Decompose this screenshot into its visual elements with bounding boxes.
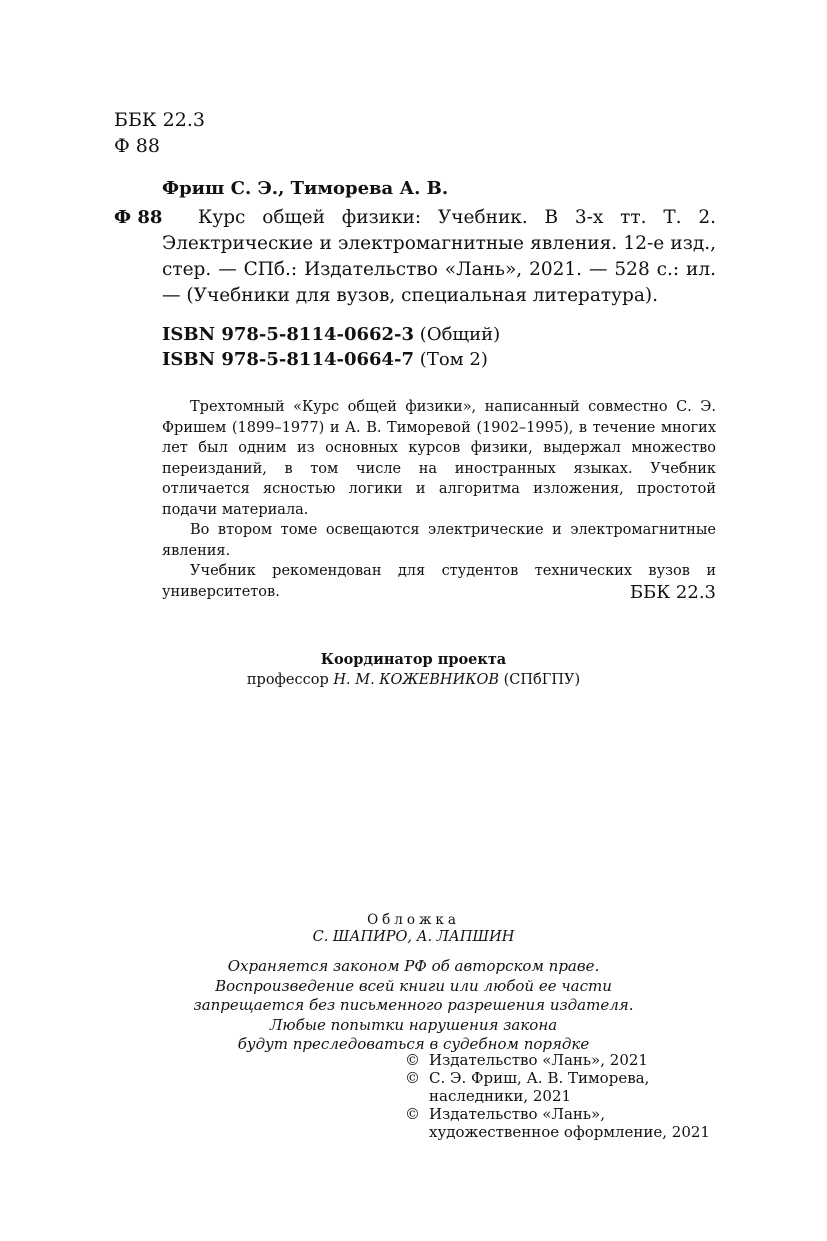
isbn-general: ISBN 978-5-8114-0662-3 (Общий) bbox=[162, 322, 500, 347]
isbn-note: (Том 2) bbox=[420, 349, 488, 370]
annotation-bbk: ББК 22.3 bbox=[630, 582, 716, 603]
copyright-icon: © bbox=[405, 1069, 429, 1105]
isbn-note: (Общий) bbox=[420, 324, 500, 345]
coordinator-prefix: профессор bbox=[247, 672, 329, 688]
catalog-description: Курс общей физики: Учебник. В 3-х тт. Т.… bbox=[162, 205, 716, 309]
legal-line: Воспроизведение всей книги или любой ее … bbox=[0, 977, 827, 997]
legal-notice: Охраняется законом РФ об авторском праве… bbox=[0, 957, 827, 1055]
annotation-paragraph: Трехтомный «Курс общей физики», написанн… bbox=[162, 397, 716, 520]
coordinator-line: профессор Н. М. КОЖЕВНИКОВ (СПбГПУ) bbox=[0, 670, 827, 690]
annotation: Трехтомный «Курс общей физики», написанн… bbox=[162, 397, 716, 602]
copyright-text: художественное оформление, 2021 bbox=[429, 1123, 710, 1141]
isbn-number: ISBN 978-5-8114-0664-7 bbox=[162, 349, 414, 370]
legal-line: Охраняется законом РФ об авторском праве… bbox=[0, 957, 827, 977]
catalog-description-text: Курс общей физики: Учебник. В 3-х тт. Т.… bbox=[162, 205, 716, 309]
copyright-icon: © bbox=[405, 1051, 429, 1069]
isbn-volume: ISBN 978-5-8114-0664-7 (Том 2) bbox=[162, 347, 500, 372]
copyright-entry: © Издательство «Лань», художественное оф… bbox=[405, 1105, 710, 1141]
coordinator-affiliation: (СПбГПУ) bbox=[504, 672, 581, 688]
author-mark: Ф 88 bbox=[114, 133, 205, 159]
cover-designers: С. ШАПИРО, А. ЛАПШИН bbox=[0, 929, 827, 946]
coordinator-block: Координатор проекта профессор Н. М. КОЖЕ… bbox=[0, 650, 827, 690]
isbn-number: ISBN 978-5-8114-0662-3 bbox=[162, 324, 414, 345]
bbk-code: ББК 22.3 bbox=[114, 107, 205, 133]
legal-line: Любые попытки нарушения закона bbox=[0, 1016, 827, 1036]
copyright-entry: © Издательство «Лань», 2021 bbox=[405, 1051, 710, 1069]
copyright-block: © Издательство «Лань», 2021 © С. Э. Фриш… bbox=[405, 1051, 710, 1141]
copyright-entry: © С. Э. Фриш, А. В. Тиморева, наследники… bbox=[405, 1069, 710, 1105]
coordinator-title: Координатор проекта bbox=[0, 650, 827, 670]
bbk-header: ББК 22.3 Ф 88 bbox=[114, 107, 205, 159]
copyright-icon: © bbox=[405, 1105, 429, 1141]
catalog-code: Ф 88 bbox=[114, 207, 162, 228]
catalog-authors: Фриш С. Э., Тиморева А. В. bbox=[162, 178, 448, 199]
isbn-block: ISBN 978-5-8114-0662-3 (Общий) ISBN 978-… bbox=[162, 322, 500, 372]
legal-line: запрещается без письменного разрешения и… bbox=[0, 996, 827, 1016]
cover-credits: Обложка С. ШАПИРО, А. ЛАПШИН bbox=[0, 912, 827, 946]
coordinator-name: Н. М. КОЖЕВНИКОВ bbox=[333, 672, 499, 688]
copyright-text: Издательство «Лань», 2021 bbox=[429, 1051, 648, 1069]
copyright-text: С. Э. Фриш, А. В. Тиморева, bbox=[429, 1069, 649, 1087]
annotation-paragraph: Во втором томе освещаются электрические … bbox=[162, 520, 716, 561]
copyright-text: Издательство «Лань», bbox=[429, 1105, 710, 1123]
copyright-text: наследники, 2021 bbox=[429, 1087, 649, 1105]
cover-label: Обложка bbox=[0, 912, 827, 929]
